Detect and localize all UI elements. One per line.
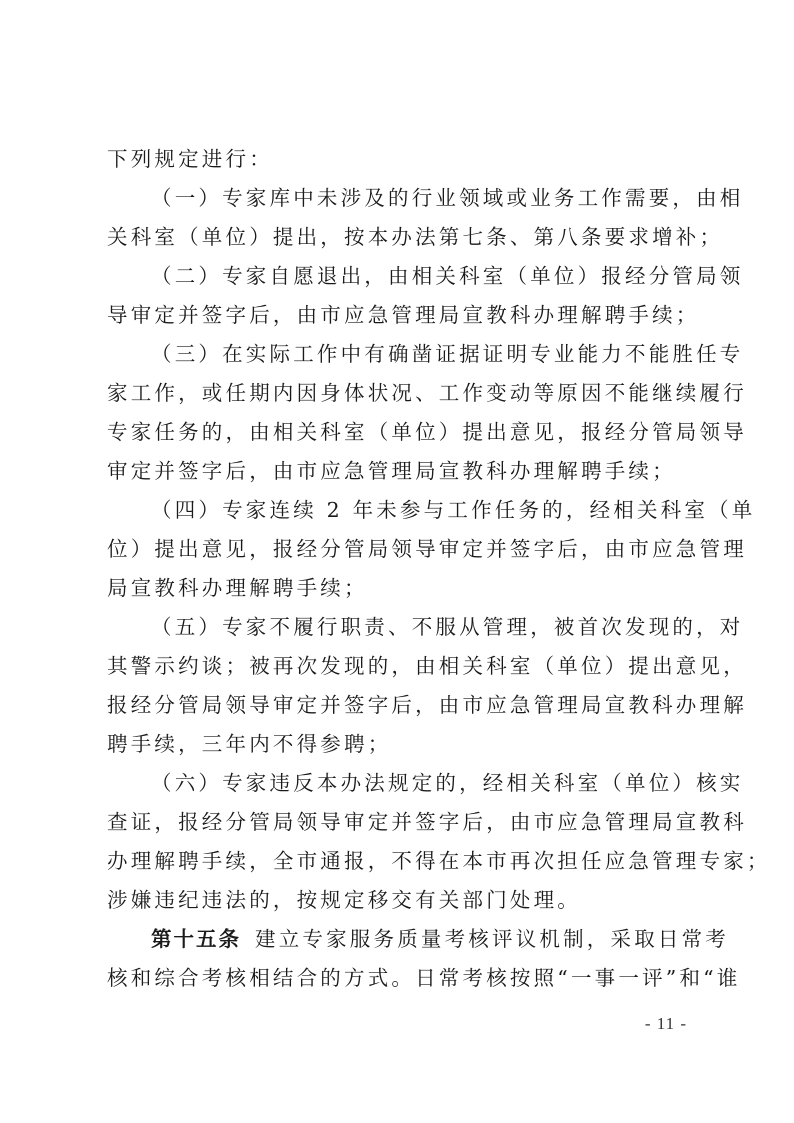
- text-line: 查证，报经分管局领导审定并签字后，由市应急管理局宣教科: [107, 803, 689, 842]
- text-line: 办理解聘手续，全市通报，不得在本市再次担任应急管理专家；: [107, 842, 689, 881]
- text-line: （二）专家自愿退出，由相关科室（单位）报经分管局领: [107, 257, 689, 296]
- text-line: 导审定并签字后，由市应急管理局宣教科办理解聘手续；: [107, 296, 689, 335]
- text-line: （五）专家不履行职责、不服从管理，被首次发现的，对: [107, 608, 689, 647]
- text-line: 其警示约谈；被再次发现的，由相关科室（单位）提出意见，: [107, 647, 689, 686]
- text-line: （三）在实际工作中有确凿证据证明专业能力不能胜任专: [107, 335, 689, 374]
- text-line: 家工作，或任期内因身体状况、工作变动等原因不能继续履行: [107, 374, 689, 413]
- text-line: 下列规定进行：: [107, 140, 689, 179]
- text-line: 审定并签字后，由市应急管理局宣教科办理解聘手续；: [107, 452, 689, 491]
- text-line: 报经分管局领导审定并签字后，由市应急管理局宣教科办理解: [107, 686, 689, 725]
- text-line: 位）提出意见，报经分管局领导审定并签字后，由市应急管理: [107, 530, 689, 569]
- page-number: - 11 -: [636, 1014, 696, 1034]
- text-line: 聘手续，三年内不得参聘；: [107, 725, 689, 764]
- document-page: 下列规定进行： （一）专家库中未涉及的行业领域或业务工作需要，由相 关科室（单位…: [107, 140, 689, 998]
- text-line: 专家任务的，由相关科室（单位）提出意见，报经分管局领导: [107, 413, 689, 452]
- article-heading: 第十五条: [151, 927, 241, 951]
- text-line: （六）专家违反本办法规定的，经相关科室（单位）核实: [107, 764, 689, 803]
- text-line: （四）专家连续 2 年未参与工作任务的，经相关科室（单: [107, 491, 689, 530]
- text-line: 核和综合考核相结合的方式。日常考核按照“一事一评”和“谁: [107, 959, 689, 998]
- text-line: 关科室（单位）提出，按本办法第七条、第八条要求增补；: [107, 218, 689, 257]
- article-text: 建立专家服务质量考核评议机制，采取日常考: [255, 927, 729, 951]
- article-line: 第十五条建立专家服务质量考核评议机制，采取日常考: [107, 920, 689, 959]
- text-line: 局宣教科办理解聘手续；: [107, 569, 689, 608]
- text-line: 涉嫌违纪违法的，按规定移交有关部门处理。: [107, 881, 689, 920]
- text-line: （一）专家库中未涉及的行业领域或业务工作需要，由相: [107, 179, 689, 218]
